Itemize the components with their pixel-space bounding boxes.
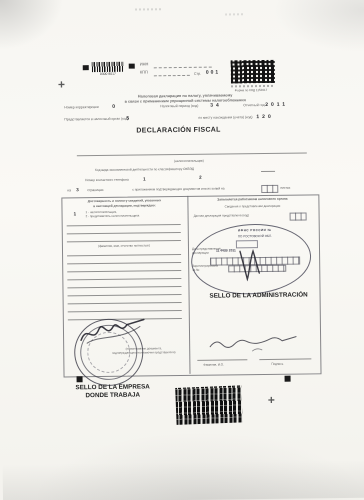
pdf417-code	[175, 385, 242, 425]
attachments-label: с приложением подтверждающих документов …	[132, 187, 257, 192]
authority-label: Представляется в налоговый орган (код)	[64, 118, 128, 123]
location-label: по месту нахождения (учета) (код)	[198, 116, 252, 121]
presented-label: Данная декларация представлена (код)	[194, 214, 250, 218]
signer-option-2: 2 - представитель налогоплательщика	[86, 215, 140, 219]
period-value: 34	[210, 103, 222, 109]
registration-plus-icon-bottom: +	[268, 393, 275, 407]
period-label: Налоговый период (код)	[160, 105, 198, 109]
taxpayer-name-line	[77, 152, 307, 156]
attachments-count-cells	[261, 185, 278, 193]
page-label: Стр.	[194, 72, 201, 76]
kpp-label: КПП	[140, 70, 148, 75]
corner-square-marker	[83, 65, 89, 70]
inn-label: ИНН	[140, 62, 149, 67]
phone-value-1: 1	[143, 176, 146, 181]
scan-artifact	[225, 13, 243, 15]
okved-label: Код вида экономической деятельности по к…	[95, 167, 245, 173]
pages-prefix: на	[67, 189, 71, 193]
authority-value: 5	[126, 116, 129, 122]
inn-field-line	[154, 67, 212, 69]
scan-artifact	[135, 8, 161, 10]
sello-empresa-annotation-line1: SELLO DE LA EMPRESA	[58, 383, 168, 391]
kpp-field-line	[154, 75, 190, 76]
correction-value: 0	[112, 104, 115, 110]
page-number: 001	[206, 70, 220, 76]
taxpayer-caption: (налогоплательщик)	[119, 159, 259, 164]
declaracion-fiscal-annotation: DECLARACIÓN FISCAL	[109, 126, 249, 135]
barcode-digits: 0300 8017	[88, 73, 128, 77]
datamatrix-code	[231, 60, 275, 84]
attachments-suffix: листах	[280, 187, 290, 191]
signer-code-value: 1	[74, 211, 77, 216]
year-value: 2011	[265, 102, 288, 108]
presented-code-cells	[290, 212, 307, 220]
scan-bottom-shadow	[3, 460, 364, 500]
company-signature	[77, 315, 149, 348]
scan-content: + + 0300 8017 ИНН КПП Стр. 001 Форма по …	[0, 0, 364, 500]
phone-value-2: 2	[199, 175, 202, 180]
year-label: Отчетный год	[243, 104, 264, 108]
pages-value: 3	[76, 187, 79, 192]
name-label: Фамилия, И.О.	[203, 363, 224, 367]
correction-label: Номер корректировки	[64, 106, 98, 110]
smudged-text-line	[231, 85, 275, 88]
okved-field-line	[261, 171, 275, 172]
sello-empresa-annotation-line2: DONDE TRABAJA	[58, 391, 168, 399]
corner-square-marker	[285, 376, 291, 382]
handwritten-entry	[206, 332, 306, 353]
phone-label: Номер контактного телефона	[85, 179, 129, 183]
pages-suffix: страницах	[87, 189, 103, 193]
admin-stamp-date: 11 ФЕВ 2011	[216, 248, 236, 252]
registration-plus-icon-top: +	[58, 77, 65, 91]
corner-square-marker	[129, 64, 135, 69]
inspector-signature	[234, 247, 264, 281]
barcode-1d	[92, 62, 124, 72]
location-value: 120	[256, 114, 273, 120]
sign-label: Подпись	[271, 363, 283, 367]
scanned-document: + + 0300 8017 ИНН КПП Стр. 001 Форма по …	[0, 0, 364, 500]
corner-square-marker	[77, 376, 83, 382]
